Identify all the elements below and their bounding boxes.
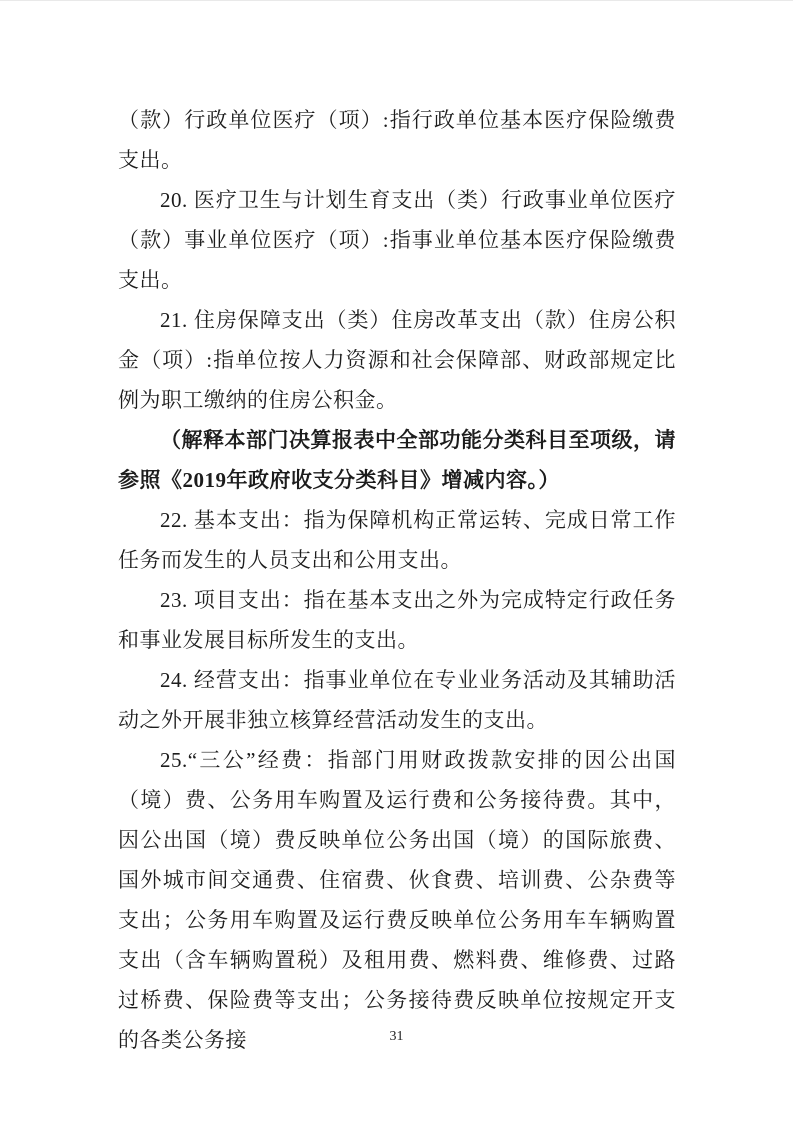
paragraph-21-housing: 21. 住房保障支出（类）住房改革支出（款）住房公积金（项）:指单位按人力资源和…	[118, 300, 676, 420]
document-body: （款）行政单位医疗（项）:指行政单位基本医疗保险缴费支出。 20. 医疗卫生与计…	[118, 100, 676, 1060]
paragraph-20-medical-admin: 20. 医疗卫生与计划生育支出（类）行政事业单位医疗（款）事业单位医疗（项）:指…	[118, 180, 676, 300]
page-footer: 31	[0, 1027, 793, 1047]
paragraph-19-continuation: （款）行政单位医疗（项）:指行政单位基本医疗保险缴费支出。	[118, 100, 676, 180]
page-number: 31	[390, 1029, 404, 1044]
paragraph-23-project-expenditure: 23. 项目支出：指在基本支出之外为完成特定行政任务和事业发展目标所发生的支出。	[118, 580, 676, 660]
paragraph-25-three-public-funds: 25.“三公”经费：指部门用财政拨款安排的因公出国（境）费、公务用车购置及运行费…	[118, 740, 676, 1060]
document-page: （款）行政单位医疗（项）:指行政单位基本医疗保险缴费支出。 20. 医疗卫生与计…	[0, 0, 793, 1122]
paragraph-note-classification: （解释本部门决算报表中全部功能分类科目至项级，请参照《2019年政府收支分类科目…	[118, 420, 676, 500]
paragraph-24-operating-expenditure: 24. 经营支出：指事业单位在专业业务活动及其辅助活动之外开展非独立核算经营活动…	[118, 660, 676, 740]
paragraph-22-basic-expenditure: 22. 基本支出：指为保障机构正常运转、完成日常工作任务而发生的人员支出和公用支…	[118, 500, 676, 580]
